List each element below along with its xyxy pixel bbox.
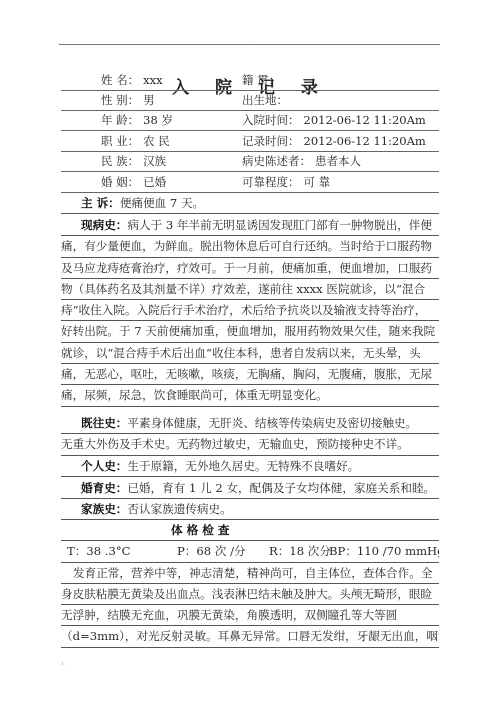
marital-history-section: 婚育史：已婚，育有 1 儿 2 女，配偶及子女均体健，家庭关系和睦。 <box>61 478 439 499</box>
value-record-time: 2012-06-12 11:20Am <box>304 134 426 148</box>
physical-exam-line: 无浮肿，结膜无充血，巩膜无黄染，角膜透明，双侧瞳孔等大等圆 <box>61 605 439 626</box>
value-age: 38 岁 <box>143 113 173 127</box>
vital-respiration: R：18 次分 <box>269 541 331 561</box>
label: 可靠程度： <box>242 175 300 189</box>
header-mark: .. <box>249 38 252 44</box>
vitals-row: T：38 .3°C P：68 次 /分 R：18 次分 BP：110 /70 m… <box>61 541 439 562</box>
document-page: .. 入 院 记 录 姓 名：xxx 籍 贯： 性 别：男 出生地： 年 龄：3… <box>0 0 500 708</box>
physical-exam-line: 身皮肤粘膜无黄染及出血点。浅表淋巴结未触及肿大。头颅无畸形，眼睑 <box>61 584 439 605</box>
value-occupation: 农 民 <box>143 134 170 148</box>
label: 记录时间： <box>242 134 300 148</box>
present-illness-line: 就诊，以“混合痔手术后出血“收住本科，患者自发病以来，无头晕，头 <box>61 343 439 364</box>
present-illness-label: 现病史： <box>81 218 127 232</box>
header-rule <box>59 44 440 45</box>
present-illness-line: 痛，尿频，尿急，饮食睡眠尚可，体重无明显变化。 <box>61 385 439 406</box>
vital-blood-pressure: BP：110 /70 mmHg <box>329 541 439 561</box>
label: 病史陈述者： <box>242 154 311 168</box>
personal-history-section: 个人史：生于原籍，无外地久居史。无特殊不良嗜好。 <box>61 456 439 477</box>
label: 性 别： <box>101 93 139 107</box>
family-history-section: 家族史：否认家族遗传病史。 <box>61 499 439 520</box>
value-reliability: 可 靠 <box>304 175 331 189</box>
personal-history-label: 个人史： <box>81 459 127 473</box>
value-ethnicity: 汉族 <box>143 154 166 168</box>
value-narrator: 患者本人 <box>315 154 361 168</box>
marital-history-text: 已婚，育有 1 儿 2 女，配偶及子女均体健，家庭关系和睦。 <box>127 481 435 495</box>
past-history-line: 无重大外伤及手术史。无药物过敏史，无输血史，预防接种史不详。 <box>61 434 439 455</box>
chief-complaint-text: 便痛便血 7 天。 <box>120 196 204 210</box>
label: 入院时间： <box>242 113 300 127</box>
info-row-occupation: 职 业：农 民 记录时间：2012-06-12 11:20Am <box>61 131 439 152</box>
physical-exam-title: 体 格 检 查 <box>171 523 229 537</box>
vital-temperature: T：38 .3°C <box>67 541 131 561</box>
physical-exam-line: 发育正常，营养中等，神志清楚，精神尚可，自主体位，查体合作。全 <box>61 563 439 584</box>
info-row-ethnicity: 民 族：汉族 病史陈述者：患者本人 <box>61 151 439 172</box>
personal-history-text: 生于原籍，无外地久居史。无特殊不良嗜好。 <box>127 459 359 473</box>
label: 婚 姻： <box>101 175 139 189</box>
past-history-section: 既往史：平素身体健康，无肝炎、结核等传染病史及密切接触史。 无重大外伤及手术史。… <box>61 413 439 456</box>
footer-mark: 1 . <box>61 661 67 667</box>
label: 职 业： <box>101 134 139 148</box>
value-admission-time: 2012-06-12 11:20Am <box>304 113 426 127</box>
info-row-sex: 性 别：男 出生地： <box>61 90 439 111</box>
vital-pulse: P：68 次 /分 <box>177 541 246 561</box>
present-illness-line: 痔”收住入院。入院后行手术治疗，术后给予抗炎以及输液支持等治疗， <box>61 300 439 321</box>
info-row-marital: 婚 姻：已婚 可靠程度：可 靠 <box>61 172 439 193</box>
present-illness-line: 物（具体药名及其剂量不详）疗效差，遂前往 xxxx 医院就诊，以“混合 <box>61 279 439 300</box>
family-history-label: 家族史： <box>81 502 127 516</box>
present-illness-line: 痛，有少量便血，为鲜血。脱出物休息后可自行还纳。当时给于口服药物 <box>61 236 439 257</box>
label: 年 龄： <box>101 113 139 127</box>
physical-exam-line: （d=3mm），对光反射灵敏。耳鼻无异常。口唇无发绀，牙龈无出血，咽无 <box>61 626 439 647</box>
present-illness-section: 现病史：病人于 3 年半前无明显诱因发现肛门部有一肿物脱出，伴便 痛，有少量便血… <box>61 215 439 407</box>
family-history-text: 否认家族遗传病史。 <box>127 502 231 516</box>
present-illness-line: 好转出院。于 7 天前便痛加重，便血增加，服用药物效果欠佳，随来我院 <box>61 321 439 342</box>
chief-complaint-section: 主 诉：便痛便血 7 天。 <box>61 193 439 214</box>
present-illness-line: 及马应龙痔疮膏治疗，疗效可。于一月前，便痛加重，便血增加，口服药 <box>61 258 439 279</box>
value-marital: 已婚 <box>143 175 166 189</box>
label: 籍 贯： <box>242 73 280 87</box>
info-row-name: 姓 名：xxx 籍 贯： <box>61 70 439 91</box>
present-illness-line: 痛，无恶心，呕吐，无咳嗽，咳痰，无胸痛，胸闷，无腹痛，腹胀，无尿 <box>61 364 439 385</box>
label: 出生地： <box>242 93 288 107</box>
past-history-line: 平素身体健康，无肝炎、结核等传染病史及密切接触史。 <box>127 416 417 430</box>
value-name: xxx <box>143 73 162 87</box>
marital-history-label: 婚育史： <box>81 481 127 495</box>
physical-exam-section: 体 格 检 查 T：38 .3°C P：68 次 /分 R：18 次分 BP：1… <box>61 520 439 648</box>
info-row-age: 年 龄：38 岁 入院时间：2012-06-12 11:20Am <box>61 110 439 131</box>
present-illness-line: 病人于 3 年半前无明显诱因发现肛门部有一肿物脱出，伴便 <box>127 218 432 232</box>
label: 姓 名： <box>101 73 139 87</box>
chief-complaint-label: 主 诉： <box>81 196 120 210</box>
label: 民 族： <box>101 154 139 168</box>
past-history-label: 既往史： <box>81 416 127 430</box>
value-sex: 男 <box>143 93 155 107</box>
